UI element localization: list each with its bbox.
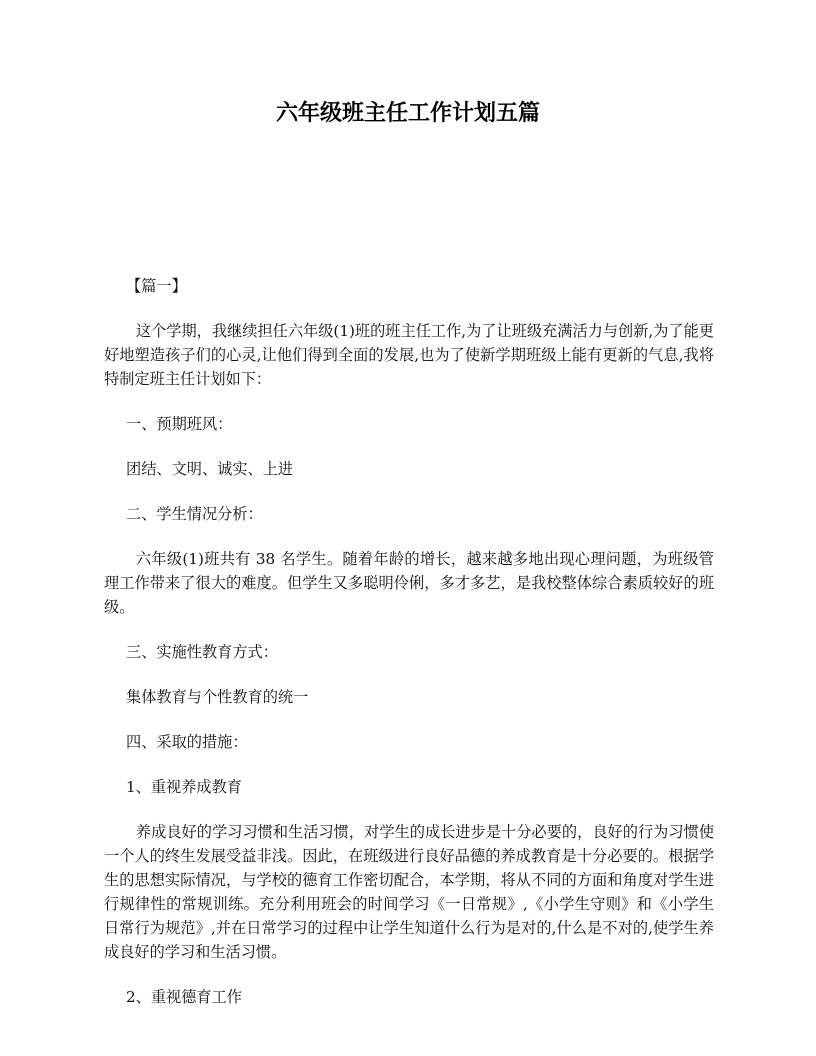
- document-body: 【篇一】 这个学期，我继续担任六年级(1)班的班主任工作,为了让班级充满活力与创…: [104, 274, 714, 1030]
- paragraph-intro: 这个学期，我继续担任六年级(1)班的班主任工作,为了让班级充满活力与创新,为了能…: [104, 319, 714, 391]
- subheading-moral-education: 2、重视德育工作: [104, 985, 714, 1009]
- heading-education-method: 三、实施性教育方式：: [104, 640, 714, 664]
- document-page: 六年级班主任工作计划五篇 【篇一】 这个学期，我继续担任六年级(1)班的班主任工…: [0, 0, 816, 1056]
- section-label: 【篇一】: [104, 274, 714, 298]
- paragraph-habit-education: 养成良好的学习习惯和生活习惯，对学生的成长进步是十分必要的，良好的行为习惯使一个…: [104, 820, 714, 964]
- paragraph-student-analysis: 六年级(1)班共有 38 名学生。随着年龄的增长，越来越多地出现心理问题，为班级…: [104, 547, 714, 619]
- class-style-values: 团结、文明、诚实、上进: [104, 457, 714, 481]
- heading-student-analysis: 二、学生情况分析：: [104, 502, 714, 526]
- heading-class-style: 一、预期班风：: [104, 412, 714, 436]
- subheading-habit-education: 1、重视养成教育: [104, 775, 714, 799]
- document-title: 六年级班主任工作计划五篇: [0, 96, 816, 127]
- heading-measures: 四、采取的措施：: [104, 730, 714, 754]
- education-method-value: 集体教育与个性教育的统一: [104, 685, 714, 709]
